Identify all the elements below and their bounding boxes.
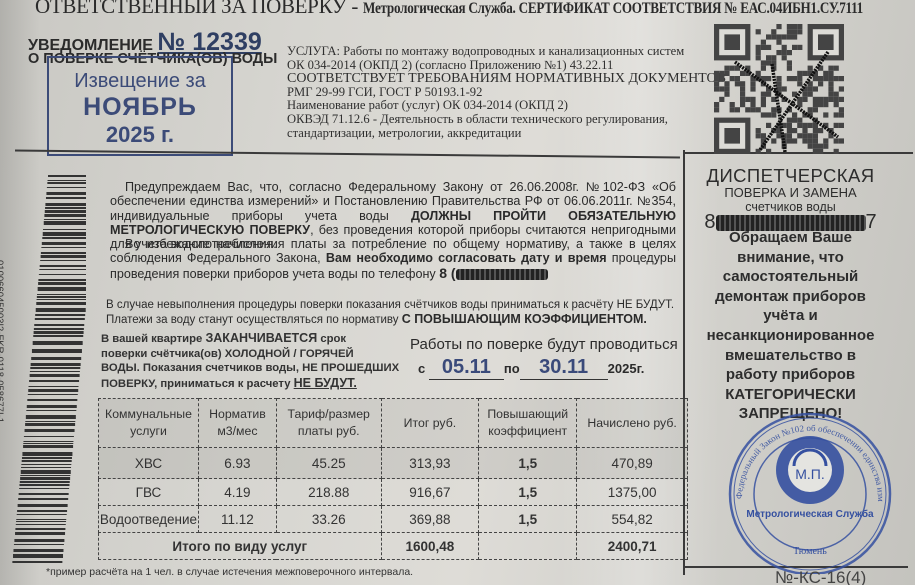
warning-bold: С ПОВЫШАЮЩИМ КОЭФФИЦИЕНТОМ. (402, 312, 647, 326)
warning-line: учёта и (688, 306, 893, 326)
calculation-table: Коммунальные услуги Норматив м3/мес Тари… (98, 398, 688, 560)
total-label: Итого по виду услуг (99, 533, 382, 560)
cell-coef: 1,5 (479, 479, 577, 506)
cell-tariff: 45.25 (276, 448, 381, 479)
expiry-line: ПОВЕРКУ, приниматься к расчету НЕ БУДУТ. (101, 376, 399, 392)
barcode (8, 175, 86, 570)
dispatch-title: ДИСПЕТЧЕРСКАЯ (688, 165, 893, 187)
from-label: с (418, 361, 425, 376)
warning-block: В случае невыполнения процедуры поверки … (106, 298, 674, 327)
expiry-line: поверки счётчика(ов) ХОЛОДНОЙ / ГОРЯЧЕЙ (101, 347, 399, 362)
cell-charged: 1375,00 (577, 479, 688, 506)
schedule-title: Работы по поверке будут проводиться (410, 336, 678, 353)
dispatch-phone: 87 (688, 211, 893, 234)
expiry-text: срок (317, 333, 346, 345)
cell-service: ХВС (99, 448, 199, 479)
col-header: Начислено руб. (577, 399, 688, 448)
table-total-row: Итого по виду услуг 1600,48 2400,71 (99, 533, 688, 560)
barcode-number: 010066045003I2-FKR-0118-058677I-1 (0, 260, 5, 423)
certificate-block: УСЛУГА: Работы по монтажу водопроводных … (287, 45, 726, 140)
total-charged: 2400,71 (577, 533, 688, 560)
cell-itog: 369,88 (381, 506, 479, 533)
cell-itog: 916,67 (381, 479, 479, 506)
dispatch-panel: ДИСПЕТЧЕРСКАЯ ПОВЕРКА И ЗАМЕНА счетчиков… (688, 165, 893, 424)
total-empty (479, 533, 577, 560)
expiry-line: ВОДЫ. Показания счетчиков воды, НЕ ПРОШЕ… (101, 361, 399, 376)
stamp-year: 2025 г. (49, 122, 231, 148)
warning-line: В случае невыполнения процедуры поверки … (106, 298, 674, 312)
cell-coef: 1,5 (479, 448, 577, 479)
cell-coef: 1,5 (479, 506, 577, 533)
svg-text:Метрологическая Служба: Метрологическая Служба (746, 508, 874, 520)
to-label: по (504, 361, 520, 376)
metrology-seal: Федеральный Закон №102 об обеспечении ед… (717, 404, 903, 574)
col-header: Итог руб. (381, 399, 479, 448)
schedule-year: 2025г. (608, 361, 645, 376)
responsible-label: ОТВЕТСТВЕННЫЙ ЗА ПОВЕРКУ - (35, 0, 358, 18)
table-row: ХВС 6.93 45.25 313,93 1,5 470,89 (99, 448, 688, 479)
paragraph-bold: Вам необходимо согласовать дату и время (326, 251, 607, 265)
warning-line: вмешательство в (688, 346, 893, 366)
dispatch-subtitle: ПОВЕРКА И ЗАМЕНА (688, 185, 893, 200)
certificate-line: ОК 034-2014 (ОКПД 2) (согласно Приложени… (287, 59, 726, 73)
form-number: №-КС-16(4) (775, 568, 866, 585)
cell-charged: 470,89 (577, 448, 688, 479)
table-header-row: Коммунальные услуги Норматив м3/мес Тари… (99, 399, 688, 448)
col-header: Коммунальные услуги (99, 399, 199, 448)
cell-itog: 313,93 (381, 448, 479, 479)
total-itog: 1600,48 (381, 533, 479, 560)
warning-line: Платежи за воду станут осуществляться по… (106, 312, 674, 327)
cell-norm: 11.12 (198, 506, 276, 533)
expiry-block: В вашей квартире ЗАКАНЧИВАЕТСЯ срок пове… (101, 331, 399, 391)
schedule-dates: с 05.11по30.112025г. (418, 356, 644, 380)
certificate-line: Наименование работ (услуг) ОК 034-2014 (… (287, 99, 726, 113)
month-stamp: Извещение за НОЯБРЬ 2025 г. (47, 56, 233, 156)
dispatch-warning: Обращаем Ваше внимание, что самостоятель… (688, 228, 893, 424)
warning-line: самостоятельный (688, 267, 893, 287)
col-header: Норматив м3/мес (198, 399, 276, 448)
phone-prefix: 8 ( (439, 265, 455, 281)
table-row: ГВС 4.19 218.88 916,67 1,5 1375,00 (99, 479, 688, 506)
cell-norm: 6.93 (198, 448, 276, 479)
phone-end: 7 (866, 211, 877, 233)
qr-code (710, 22, 860, 154)
redacted-phone (716, 215, 866, 231)
expiry-bold: ЗАКАНЧИВАЕТСЯ (205, 331, 317, 345)
from-date: 05.11 (429, 356, 504, 380)
redacted-phone (456, 269, 548, 280)
warning-line: демонтаж приборов (688, 287, 893, 307)
footnote: *пример расчёта на 1 чел. в случае истеч… (46, 566, 413, 578)
table-row: Водоотведение 11.12 33.26 369,88 1,5 554… (99, 506, 688, 533)
stamp-month: НОЯБРЬ (49, 93, 231, 122)
col-header: Тариф/размер платы руб. (276, 399, 381, 448)
col-header: Повышающий коэффициент (479, 399, 577, 448)
certificate-line: СООТВЕТСТВУЕТ ТРЕБОВАНИЯМ НОРМАТИВНЫХ ДО… (287, 72, 726, 86)
expiry-text: В вашей квартире (101, 333, 205, 345)
cell-tariff: 33.26 (276, 506, 381, 533)
certificate-line: ОКВЭД 71.12.6 - Деятельность в области т… (287, 113, 726, 127)
to-date: 30.11 (520, 356, 608, 380)
phone-start: 8 (704, 211, 715, 233)
cell-tariff: 218.88 (276, 479, 381, 506)
organization-certificate: Метрологическая Служба. СЕРТИФИКАТ СООТВ… (363, 0, 863, 18)
warning-line: несанкционированное (688, 326, 893, 346)
certificate-line: РМГ 29-99 ГСИ, ГОСТ Р 50193.1-92 (287, 86, 726, 100)
notice-paper: ОТВЕТСТВЕННЫЙ ЗА ПОВЕРКУ - Метрологическ… (0, 0, 915, 585)
cell-service: ГВС (99, 479, 199, 506)
appointment-paragraph: Во избежание начисления платы за потребл… (110, 237, 676, 281)
svg-text:Тюмень: Тюмень (793, 546, 827, 557)
cell-charged: 554,82 (577, 506, 688, 533)
warning-line: внимание, что (688, 248, 893, 268)
expiry-line: В вашей квартире ЗАКАНЧИВАЕТСЯ срок (101, 331, 399, 347)
svg-text:М.П.: М.П. (795, 466, 825, 482)
warning-line: работу приборов (688, 365, 893, 385)
responsible-line: ОТВЕТСТВЕННЫЙ ЗА ПОВЕРКУ - Метрологическ… (35, 0, 915, 19)
certificate-line: УСЛУГА: Работы по монтажу водопроводных … (287, 45, 726, 59)
cell-service: Водоотведение (99, 506, 199, 533)
stamp-line: Извещение за (49, 70, 231, 93)
expiry-bold: НЕ БУДУТ. (294, 376, 357, 390)
expiry-text: ПОВЕРКУ, приниматься к расчету (101, 378, 294, 390)
cell-norm: 4.19 (198, 479, 276, 506)
warning-line: КАТЕГОРИЧЕСКИ (688, 385, 893, 405)
warning-text: Платежи за воду станут осуществляться по… (106, 314, 402, 326)
certificate-line: стандартизации, метрологии, аккредитации (287, 127, 726, 141)
